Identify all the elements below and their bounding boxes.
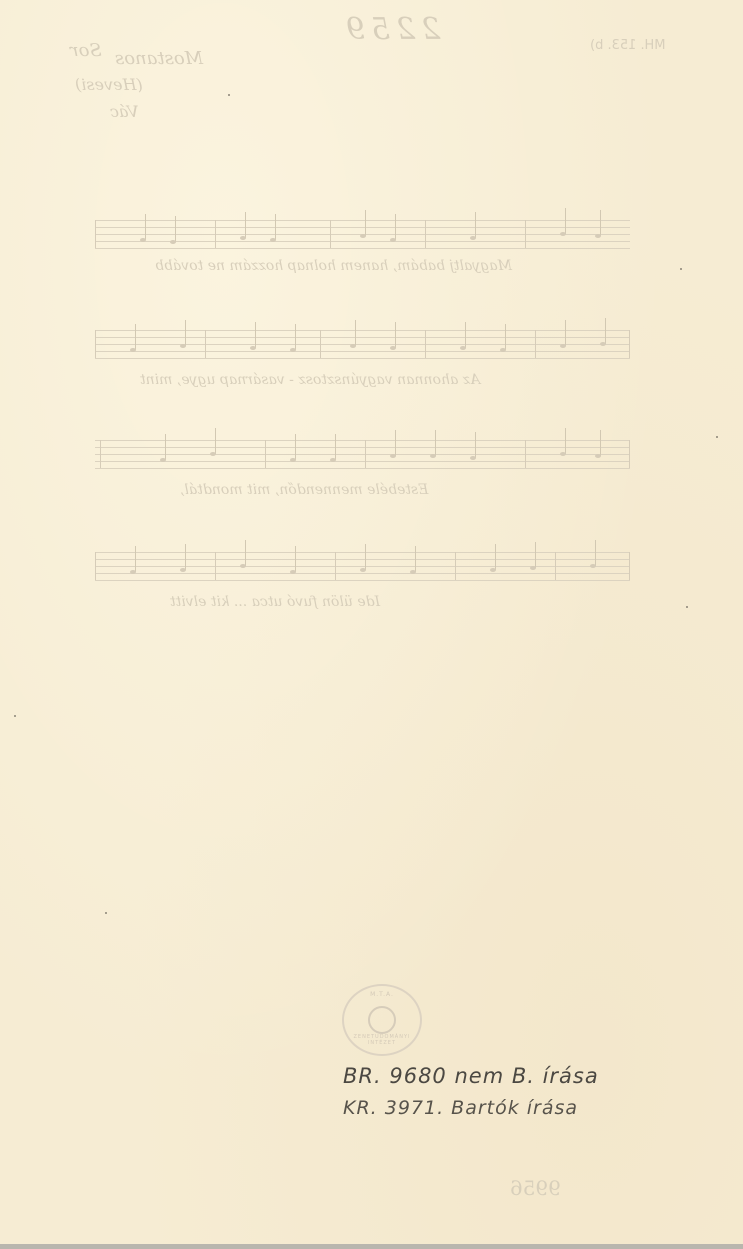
- ghost-staff-2: [95, 330, 630, 358]
- ghost-catalog-number: 2259: [340, 12, 440, 47]
- paper-speck: [680, 268, 682, 270]
- ghost-staff-4: [95, 552, 630, 580]
- ghost-heading-place: Vác: [110, 102, 139, 121]
- stamp-emblem-icon: [368, 1006, 396, 1034]
- ghost-heading-subtitle: (Hevesi): [75, 75, 143, 94]
- stamp-ring-text: ZENETUDOMÁNYI INTÉZET: [344, 1034, 420, 1046]
- paper-speck: [105, 912, 107, 914]
- paper-speck: [686, 606, 688, 608]
- ghost-lyric-3: Estebéle mennendőn, mit mondtál,: [180, 482, 428, 498]
- stamp-top-text: M.T.A.: [344, 991, 420, 998]
- institute-stamp: M.T.A. ZENETUDOMÁNYI INTÉZET: [342, 984, 422, 1056]
- scan-bottom-edge: [0, 1244, 743, 1249]
- paper-speck: [716, 436, 718, 438]
- ghost-lyric-1: Magyaltj babám, hanem holnap hozzám ne t…: [155, 258, 512, 274]
- ghost-footer-number: 9956: [510, 1176, 561, 1200]
- ghost-staff-3: [95, 440, 630, 468]
- ghost-lyric-4: Ide ülön fuvó utca ... kit elvitt: [170, 594, 380, 610]
- paper-speck: [228, 94, 230, 96]
- catalog-note-kr: KR. 3971. Bartók írása: [343, 1097, 578, 1119]
- catalog-note-br: BR. 9680 nem B. írása: [343, 1064, 599, 1088]
- paper-speck: [14, 715, 16, 717]
- manuscript-page: Sor Mostanos (Hevesi) Vác 2259 MH. 153. …: [0, 0, 743, 1244]
- ghost-heading-title: Mostanos: [115, 48, 203, 69]
- ghost-mh-label: MH. 153. b): [590, 38, 665, 53]
- ghost-heading-prefix: Sor: [70, 40, 102, 61]
- ghost-lyric-2: Az ahonnan vagyúnsztosz - vasárnap ugye,…: [140, 372, 480, 388]
- ghost-staff-1: [95, 220, 630, 248]
